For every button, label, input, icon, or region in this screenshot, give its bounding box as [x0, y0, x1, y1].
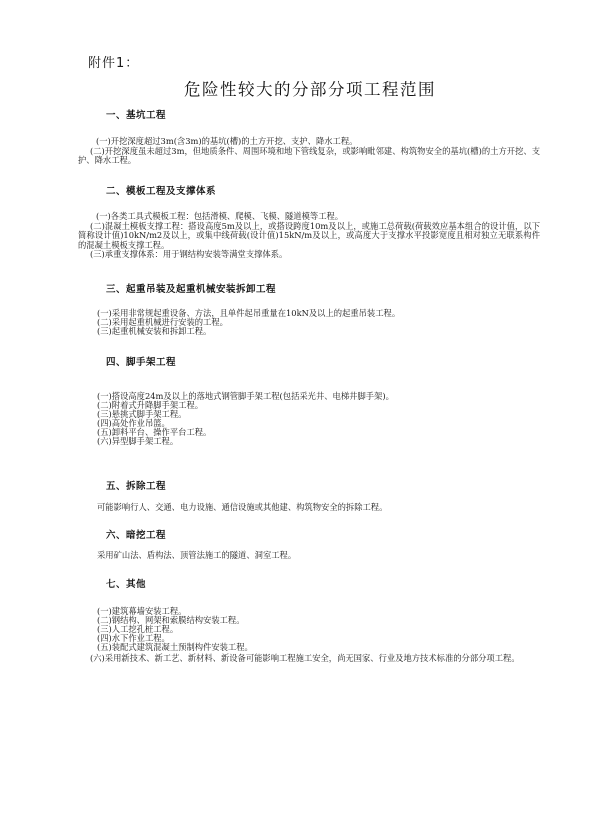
attachment-label: 附件1： [88, 52, 139, 71]
document-title: 危险性较大的分部分项工程范围 [0, 76, 590, 100]
section-list-scaffolding: (一)搭设高度24m及以上的落地式钢管脚手架工程(包括采光井、电梯井脚手架)。 … [97, 392, 394, 447]
section-heading-excavation: 一、基坑工程 [106, 107, 166, 121]
section-body-other-last: (六)采用新技术、新工艺、新材料、新设备可能影响工程施工安全，尚无国家、行业及地… [78, 654, 540, 664]
section-heading-scaffolding: 四、脚手架工程 [106, 354, 176, 368]
section-heading-lifting: 三、起重吊装及起重机械安装拆卸工程 [106, 281, 276, 295]
section-heading-tunneling: 六、暗挖工程 [106, 527, 166, 541]
section-body-excavation: (一)开挖深度超过3m(含3m)的基坑(槽)的土方开挖、支护、降水工程。 (二)… [78, 137, 540, 166]
list-item: (五)装配式建筑混凝土预制构件安装工程。 [97, 643, 253, 652]
paragraph: (三)承重支撑体系：用于钢结构安装等满堂支撑体系。 [78, 250, 540, 260]
list-item: (三)起重机械安装和拆卸工程。 [97, 327, 400, 336]
section-list-other: (一)建筑幕墙安装工程。 (二)钢结构、网架和索膜结构安装工程。 (三)人工挖孔… [97, 607, 253, 652]
paragraph: (六)采用新技术、新工艺、新材料、新设备可能影响工程施工安全，尚无国家、行业及地… [78, 654, 540, 664]
section-heading-other: 七、其他 [106, 576, 146, 590]
section-heading-formwork: 二、模板工程及支撑体系 [106, 183, 216, 197]
paragraph: (二)混凝土模板支撑工程：搭设高度5m及以上，或搭设跨度10m及以上，或施工总荷… [78, 222, 540, 251]
section-body-formwork: (一)各类工具式模板工程：包括滑模、爬模、飞模、隧道模等工程。 (二)混凝土模板… [78, 212, 540, 260]
section-heading-demolition: 五、拆除工程 [106, 478, 166, 492]
list-item: (六)异型脚手架工程。 [97, 437, 394, 446]
section-text-demolition: 可能影响行人、交通、电力设施、通信设施或其他建、构筑物安全的拆除工程。 [97, 503, 387, 513]
section-text-tunneling: 采用矿山法、盾构法、顶管法施工的隧道、洞室工程。 [97, 551, 296, 561]
section-list-lifting: (一)采用非常规起重设备、方法，且单件起吊重量在10kN及以上的起重吊装工程。 … [97, 309, 400, 336]
document-page: 附件1： 危险性较大的分部分项工程范围 一、基坑工程 (一)开挖深度超过3m(含… [0, 0, 590, 835]
paragraph: (二)开挖深度虽未超过3m，但地质条件、周围环境和地下管线复杂，或影响毗邻建、构… [78, 147, 540, 166]
